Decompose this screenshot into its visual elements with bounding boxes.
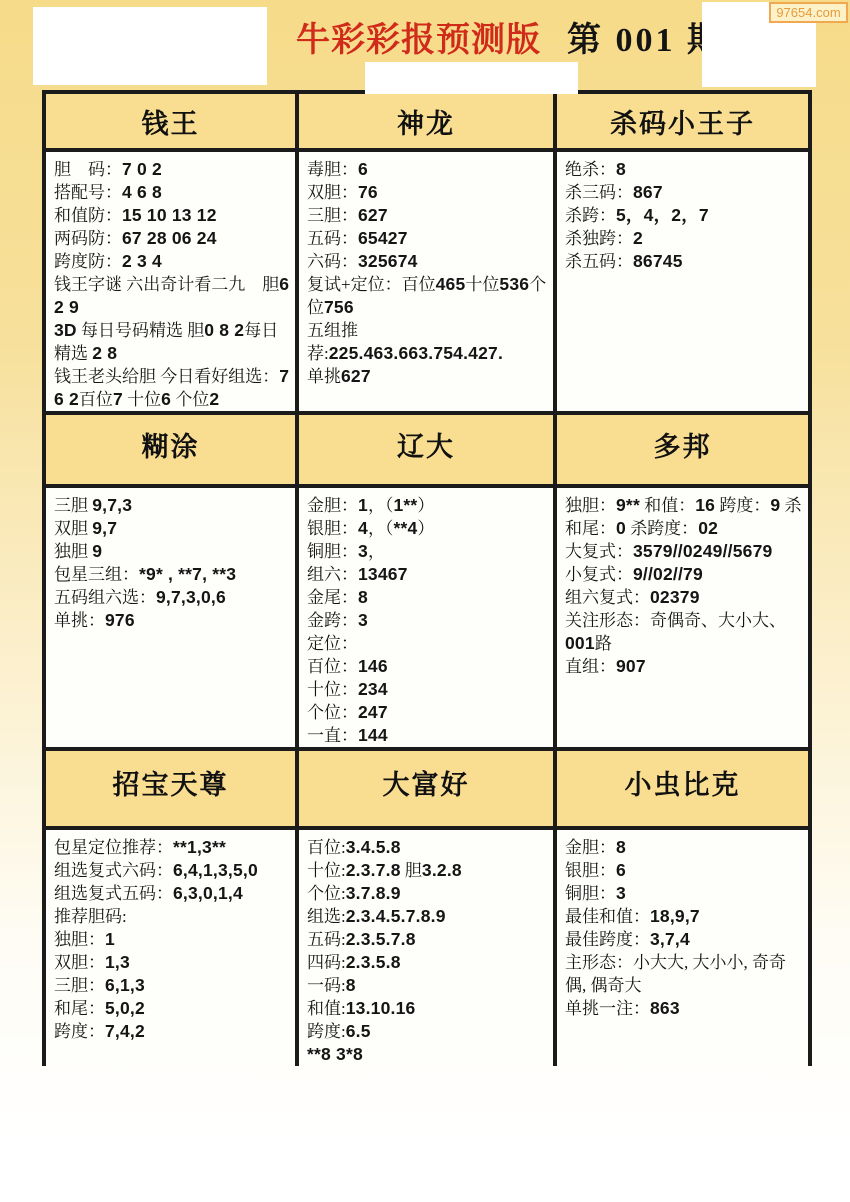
- text-line: 胆 码：7 0 2: [54, 158, 290, 181]
- text-line: 包星三组：*9* , **7, **3: [54, 563, 290, 586]
- page: { "header": { "title_red": "牛彩彩报预测版", "t…: [0, 0, 850, 1202]
- value-text: 907: [616, 656, 646, 676]
- label-text: 最佳和值：: [565, 907, 650, 926]
- label-text: 铜胆：: [307, 542, 358, 561]
- value-text: 976: [105, 610, 135, 630]
- value-text: 2: [633, 228, 643, 248]
- cell-title: 钱王: [46, 94, 295, 152]
- label-text: 六码：: [307, 252, 358, 271]
- text-line: 最佳和值：18,9,7: [565, 905, 803, 928]
- text-line: 五码：65427: [307, 227, 548, 250]
- value-text: 6.5: [346, 1021, 371, 1041]
- text-line: 独胆：9** 和值：16 跨度：9 杀和尾：0 杀跨度：02: [565, 494, 803, 540]
- label-text: 独胆: [54, 542, 92, 561]
- text-line: 钱王老头给胆 今日看好组选：7 6 2百位7 十位6 个位2: [54, 365, 290, 411]
- text-line: 个位：247: [307, 701, 548, 724]
- text-line: 金胆：8: [565, 836, 803, 859]
- text-line: 三胆：627: [307, 204, 548, 227]
- text-line: 两码防：67 28 06 24: [54, 227, 290, 250]
- prediction-cell: 辽大金胆：1，（1**）银胆：4，（**4）铜胆：3，组六：13467金尾：8金…: [295, 415, 553, 747]
- label-text: 双胆：: [307, 183, 358, 202]
- label-text: 百位: [79, 390, 113, 409]
- value-text: 2: [209, 389, 219, 409]
- value-text: 15 10 13 12: [122, 205, 217, 225]
- value-text: 7,4,2: [105, 1021, 145, 1041]
- value-text: 9: [92, 541, 102, 561]
- value-text: 867: [633, 182, 663, 202]
- text-line: 四码:2.3.5.8: [307, 951, 548, 974]
- prediction-cell: 招宝天尊包星定位推荐：**1,3**组选复式六码：6,4,1,3,5,0组选复式…: [42, 751, 295, 1066]
- text-line: 双胆：1,3: [54, 951, 290, 974]
- prediction-cell: 钱王胆 码：7 0 2搭配号：4 6 8和值防：15 10 13 12两码防：6…: [42, 94, 295, 411]
- label-text: 杀五码：: [565, 252, 633, 271]
- label-text: 百位：: [307, 657, 358, 676]
- text-line: 和值防：15 10 13 12: [54, 204, 290, 227]
- text-line: 搭配号：4 6 8: [54, 181, 290, 204]
- text-line: 金胆：1，（1**）: [307, 494, 548, 517]
- cell-title: 大富好: [299, 751, 553, 830]
- label-text: 杀独跨：: [565, 229, 633, 248]
- value-text: 9**: [616, 495, 640, 515]
- value-text: **1,3**: [173, 837, 226, 857]
- label-text: 关注形态：奇偶奇、大小大、: [565, 611, 786, 630]
- label-text: ，（: [368, 496, 394, 515]
- value-text: 0 8 2: [204, 320, 244, 340]
- cell-title: 糊涂: [46, 415, 295, 488]
- value-text: *9* , **7, **3: [139, 564, 236, 584]
- cell-title: 辽大: [299, 415, 553, 488]
- text-line: 三胆 9,7,3: [54, 494, 290, 517]
- value-text: 3: [616, 883, 626, 903]
- label-text: 杀跨：: [565, 206, 616, 225]
- value-text: 9: [770, 495, 780, 515]
- text-line: 跨度防：2 3 4: [54, 250, 290, 273]
- value-text: 627: [358, 205, 388, 225]
- label-text: 个位：: [307, 703, 358, 722]
- label-text: 搭配号：: [54, 183, 122, 202]
- cell-content: 独胆：9** 和值：16 跨度：9 杀和尾：0 杀跨度：02大复式：3579//…: [557, 488, 808, 747]
- value-text: 2.3.5.8: [346, 952, 401, 972]
- text-line: 铜胆：3: [565, 882, 803, 905]
- value-text: 67 28 06 24: [122, 228, 217, 248]
- text-line: 杀独跨：2: [565, 227, 803, 250]
- value-text: 3.4.5.8: [346, 837, 401, 857]
- value-text: 146: [358, 656, 388, 676]
- value-text: 3579//0249//5679: [633, 541, 772, 561]
- cell-content: 毒胆：6双胆：76三胆：627五码：65427六码：325674复试+定位：百位…: [299, 152, 553, 411]
- value-text: 8: [346, 975, 356, 995]
- label-text: 路: [595, 634, 612, 653]
- cell-content: 百位:3.4.5.8十位:2.3.7.8 胆3.2.8个位:3.7.8.9组选:…: [299, 830, 553, 1066]
- text-line: 钱王字谜 六出奇计看二九 胆6 2 9: [54, 273, 290, 319]
- value-text: 6,3,0,1,4: [173, 883, 243, 903]
- value-text: 1: [358, 495, 368, 515]
- blank-overlay-top-left: [33, 7, 267, 85]
- value-text: 6: [161, 389, 171, 409]
- cell-title: 招宝天尊: [46, 751, 295, 830]
- text-line: 主形态：小大大, 大小小, 奇奇偶, 偶奇大: [565, 951, 803, 997]
- label-text: 五码:: [307, 930, 346, 949]
- board-row-3: 招宝天尊包星定位推荐：**1,3**组选复式六码：6,4,1,3,5,0组选复式…: [42, 747, 812, 1066]
- label-text: 单挑: [307, 367, 341, 386]
- label-text: 单挑一注：: [565, 999, 650, 1018]
- text-line: 铜胆：3，: [307, 540, 548, 563]
- cell-content: 金胆：8银胆：6铜胆：3最佳和值：18,9,7最佳跨度：3,7,4主形态：小大大…: [557, 830, 808, 1066]
- label-text: 包星定位推荐：: [54, 838, 173, 857]
- text-line: 大复式：3579//0249//5679: [565, 540, 803, 563]
- label-text: 复试+定位：百位: [307, 275, 436, 294]
- label-text: 组选复式六码：: [54, 861, 173, 880]
- value-text: 2 8: [92, 343, 117, 363]
- cell-content: 金胆：1，（1**）银胆：4，（**4）铜胆：3，组六：13467金尾：8金跨：…: [299, 488, 553, 747]
- prediction-cell: 多邦独胆：9** 和值：16 跨度：9 杀和尾：0 杀跨度：02大复式：3579…: [553, 415, 812, 747]
- label-text: 胆: [401, 861, 422, 880]
- text-line: 单挑：976: [54, 609, 290, 632]
- prediction-board: 钱王胆 码：7 0 2搭配号：4 6 8和值防：15 10 13 12两码防：6…: [42, 90, 812, 1066]
- label-text: 金尾：: [307, 588, 358, 607]
- page-title-issue: 第 001 期: [567, 22, 724, 59]
- text-line: 五组推荐:225.463.663.754.427.: [307, 319, 548, 365]
- label-text: 主形态：小大大, 大小小, 奇奇偶, 偶奇大: [565, 953, 786, 995]
- text-line: 小复式：9//02//79: [565, 563, 803, 586]
- text-line: 杀五码：86745: [565, 250, 803, 273]
- text-line: 个位:3.7.8.9: [307, 882, 548, 905]
- prediction-cell: 糊涂三胆 9,7,3双胆 9,7独胆 9包星三组：*9* , **7, **3五…: [42, 415, 295, 747]
- text-line: 单挑627: [307, 365, 548, 388]
- label-text: 每日号码精选 胆: [77, 321, 205, 340]
- text-line: 百位：146: [307, 655, 548, 678]
- value-text: 627: [341, 366, 371, 386]
- label-text: 跨度：: [715, 496, 770, 515]
- prediction-cell: 神龙毒胆：6双胆：76三胆：627五码：65427六码：325674复试+定位：…: [295, 94, 553, 411]
- label-text: 小复式：: [565, 565, 633, 584]
- label-text: 独胆：: [54, 930, 105, 949]
- text-line: 杀三码：867: [565, 181, 803, 204]
- label-text: 组六复式：: [565, 588, 650, 607]
- value-text: 8: [358, 587, 368, 607]
- page-title: 牛彩彩报预测版第 001 期: [296, 12, 724, 61]
- value-text: 02: [698, 518, 718, 538]
- value-text: 9,7: [92, 518, 117, 538]
- label-text: 组选复式五码：: [54, 884, 173, 903]
- value-text: 1**: [393, 495, 417, 515]
- label-text: 胆 码：: [54, 160, 122, 179]
- prediction-cell: 杀码小王子绝杀：8杀三码：867杀跨：5，4，2，7杀独跨：2杀五码：86745: [553, 94, 812, 411]
- board-row-1: 钱王胆 码：7 0 2搭配号：4 6 8和值防：15 10 13 12两码防：6…: [42, 94, 812, 411]
- label-text: 组选:: [307, 907, 346, 926]
- label-text: 个位:: [307, 884, 346, 903]
- text-line: 独胆 9: [54, 540, 290, 563]
- value-text: 6,1,3: [105, 975, 145, 995]
- label-text: 百位:: [307, 838, 346, 857]
- value-text: 02379: [650, 587, 700, 607]
- value-text: 863: [650, 998, 680, 1018]
- label-text: 杀跨度：: [626, 519, 698, 538]
- value-text: **8 3*8: [307, 1044, 363, 1064]
- text-line: 金尾：8: [307, 586, 548, 609]
- text-line: 五码:2.3.5.7.8: [307, 928, 548, 951]
- text-line: 五码组六选：9,7,3,0,6: [54, 586, 290, 609]
- text-line: 和值:13.10.16: [307, 997, 548, 1020]
- label-text: 双胆: [54, 519, 92, 538]
- label-text: 三胆：: [54, 976, 105, 995]
- value-text: 7: [113, 389, 123, 409]
- text-line: 组选复式六码：6,4,1,3,5,0: [54, 859, 290, 882]
- text-line: 组六：13467: [307, 563, 548, 586]
- text-line: **8 3*8: [307, 1043, 548, 1066]
- label-text: 和值防：: [54, 206, 122, 225]
- value-text: **4: [393, 518, 417, 538]
- text-line: 直组：907: [565, 655, 803, 678]
- text-line: 包星定位推荐：**1,3**: [54, 836, 290, 859]
- value-text: 6: [358, 159, 368, 179]
- value-text: 8: [616, 159, 626, 179]
- cell-title: 多邦: [557, 415, 808, 488]
- label-text: 跨度防：: [54, 252, 122, 271]
- label-text: 银胆：: [307, 519, 358, 538]
- value-text: 536: [499, 274, 529, 294]
- label-text: 十位：: [307, 680, 358, 699]
- text-line: 组六复式：02379: [565, 586, 803, 609]
- label-text: 钱王老头给胆 今日看好组选：: [54, 367, 279, 386]
- text-line: 组选复式五码：6,3,0,1,4: [54, 882, 290, 905]
- label-text: ，（: [368, 519, 394, 538]
- value-text: 9,7,3: [92, 495, 132, 515]
- value-text: 0: [616, 518, 626, 538]
- label-text: 推荐胆码:: [54, 907, 127, 926]
- text-line: 双胆：76: [307, 181, 548, 204]
- cell-content: 三胆 9,7,3双胆 9,7独胆 9包星三组：*9* , **7, **3五码组…: [46, 488, 295, 747]
- text-line: 绝杀：8: [565, 158, 803, 181]
- label-text: 金胆：: [565, 838, 616, 857]
- label-text: 和值:: [307, 999, 346, 1018]
- text-line: 金跨：3: [307, 609, 548, 632]
- text-line: 跨度：7,4,2: [54, 1020, 290, 1043]
- label-text: 铜胆：: [565, 884, 616, 903]
- prediction-cell: 小虫比克金胆：8银胆：6铜胆：3最佳和值：18,9,7最佳跨度：3,7,4主形态…: [553, 751, 812, 1066]
- text-line: 推荐胆码:: [54, 905, 290, 928]
- value-text: 1: [105, 929, 115, 949]
- value-text: 4: [358, 518, 368, 538]
- label-text: 毒胆：: [307, 160, 358, 179]
- value-text: 9//02//79: [633, 564, 703, 584]
- value-text: 8: [616, 837, 626, 857]
- label-text: ）: [417, 519, 434, 538]
- label-text: 跨度:: [307, 1022, 346, 1041]
- value-text: 3,7,4: [650, 929, 690, 949]
- text-line: 和尾：5,0,2: [54, 997, 290, 1020]
- cell-content: 胆 码：7 0 2搭配号：4 6 8和值防：15 10 13 12两码防：67 …: [46, 152, 295, 411]
- label-text: 包星三组：: [54, 565, 139, 584]
- text-line: 一码:8: [307, 974, 548, 997]
- text-line: 一直：144: [307, 724, 548, 747]
- board-row-2: 糊涂三胆 9,7,3双胆 9,7独胆 9包星三组：*9* , **7, **3五…: [42, 411, 812, 747]
- text-line: 3D 每日号码精选 胆0 8 2每日精选 2 8: [54, 319, 290, 365]
- text-line: 组选:2.3.4.5.7.8.9: [307, 905, 548, 928]
- label-text: 三胆：: [307, 206, 358, 225]
- value-text: 7 0 2: [122, 159, 162, 179]
- label-text: 金跨：: [307, 611, 358, 630]
- value-text: 3.2.8: [422, 860, 462, 880]
- value-text: 18,9,7: [650, 906, 700, 926]
- value-text: 001: [565, 633, 595, 653]
- value-text: 13467: [358, 564, 408, 584]
- value-text: 5，4，2，7: [616, 205, 709, 225]
- text-line: 单挑一注：863: [565, 997, 803, 1020]
- blank-overlay-center: [365, 62, 578, 94]
- value-text: 13.10.16: [346, 998, 416, 1018]
- value-text: 86745: [633, 251, 683, 271]
- value-text: 3D: [54, 320, 77, 340]
- value-text: 325674: [358, 251, 418, 271]
- label-text: ，: [368, 542, 385, 561]
- value-text: 3: [358, 610, 368, 630]
- label-text: ）: [417, 496, 434, 515]
- text-line: 独胆：1: [54, 928, 290, 951]
- value-text: 4 6 8: [122, 182, 162, 202]
- label-text: 定位：: [307, 634, 358, 653]
- value-text: 9,7,3,0,6: [156, 587, 226, 607]
- cell-content: 包星定位推荐：**1,3**组选复式六码：6,4,1,3,5,0组选复式五码：6…: [46, 830, 295, 1066]
- value-text: 465: [436, 274, 466, 294]
- label-text: 四码:: [307, 953, 346, 972]
- label-text: 十位: [465, 275, 499, 294]
- value-text: 16: [695, 495, 715, 515]
- label-text: 跨度：: [54, 1022, 105, 1041]
- value-text: 247: [358, 702, 388, 722]
- page-title-brand: 牛彩彩报预测版: [296, 22, 541, 59]
- value-text: 65427: [358, 228, 408, 248]
- label-text: 直组：: [565, 657, 616, 676]
- label-text: 三胆: [54, 496, 92, 515]
- text-line: 毒胆：6: [307, 158, 548, 181]
- label-text: 双胆：: [54, 953, 105, 972]
- value-text: 234: [358, 679, 388, 699]
- label-text: 最佳跨度：: [565, 930, 650, 949]
- value-text: 2 3 4: [122, 251, 162, 271]
- text-line: 双胆 9,7: [54, 517, 290, 540]
- text-line: 复试+定位：百位465十位536个位756: [307, 273, 548, 319]
- label-text: 和尾：: [54, 999, 105, 1018]
- text-line: 十位:2.3.7.8 胆3.2.8: [307, 859, 548, 882]
- text-line: 定位：: [307, 632, 548, 655]
- value-text: 2.3.7.8: [346, 860, 401, 880]
- cell-title: 神龙: [299, 94, 553, 152]
- text-line: 最佳跨度：3,7,4: [565, 928, 803, 951]
- prediction-cell: 大富好百位:3.4.5.8十位:2.3.7.8 胆3.2.8个位:3.7.8.9…: [295, 751, 553, 1066]
- value-text: 6: [616, 860, 626, 880]
- label-text: 十位:: [307, 861, 346, 880]
- label-text: 五码组六选：: [54, 588, 156, 607]
- label-text: 金胆：: [307, 496, 358, 515]
- text-line: 银胆：4，（**4）: [307, 517, 548, 540]
- value-text: 144: [358, 725, 388, 745]
- label-text: 组六：: [307, 565, 358, 584]
- label-text: 杀三码：: [565, 183, 633, 202]
- label-text: 一码:: [307, 976, 346, 995]
- label-text: 两码防：: [54, 229, 122, 248]
- value-text: 76: [358, 182, 378, 202]
- cell-content: 绝杀：8杀三码：867杀跨：5，4，2，7杀独跨：2杀五码：86745: [557, 152, 808, 411]
- value-text: 1,3: [105, 952, 130, 972]
- text-line: 关注形态：奇偶奇、大小大、001路: [565, 609, 803, 655]
- text-line: 十位：234: [307, 678, 548, 701]
- text-line: 六码：325674: [307, 250, 548, 273]
- label-text: 个位: [171, 390, 209, 409]
- value-text: 756: [324, 297, 354, 317]
- text-line: 三胆：6,1,3: [54, 974, 290, 997]
- value-text: 3: [358, 541, 368, 561]
- label-text: 五码：: [307, 229, 358, 248]
- value-text: 5,0,2: [105, 998, 145, 1018]
- value-text: 2.3.5.7.8: [346, 929, 416, 949]
- text-line: 跨度:6.5: [307, 1020, 548, 1043]
- label-text: 大复式：: [565, 542, 633, 561]
- label-text: 单挑：: [54, 611, 105, 630]
- label-text: 银胆：: [565, 861, 616, 880]
- label-text: 独胆：: [565, 496, 616, 515]
- label-text: 钱王字谜 六出奇计看二九 胆: [54, 275, 279, 294]
- label-text: 绝杀：: [565, 160, 616, 179]
- text-line: 银胆：6: [565, 859, 803, 882]
- label-text: 和值：: [640, 496, 695, 515]
- value-text: 2.3.4.5.7.8.9: [346, 906, 446, 926]
- text-line: 百位:3.4.5.8: [307, 836, 548, 859]
- value-text: 3.7.8.9: [346, 883, 401, 903]
- value-text: 225.463.663.754.427.: [329, 343, 503, 363]
- text-line: 杀跨：5，4，2，7: [565, 204, 803, 227]
- cell-title: 小虫比克: [557, 751, 808, 830]
- label-text: 十位: [123, 390, 161, 409]
- label-text: 一直：: [307, 726, 358, 745]
- cell-title: 杀码小王子: [557, 94, 808, 152]
- value-text: 6,4,1,3,5,0: [173, 860, 258, 880]
- site-watermark: 97654.com: [769, 2, 848, 23]
